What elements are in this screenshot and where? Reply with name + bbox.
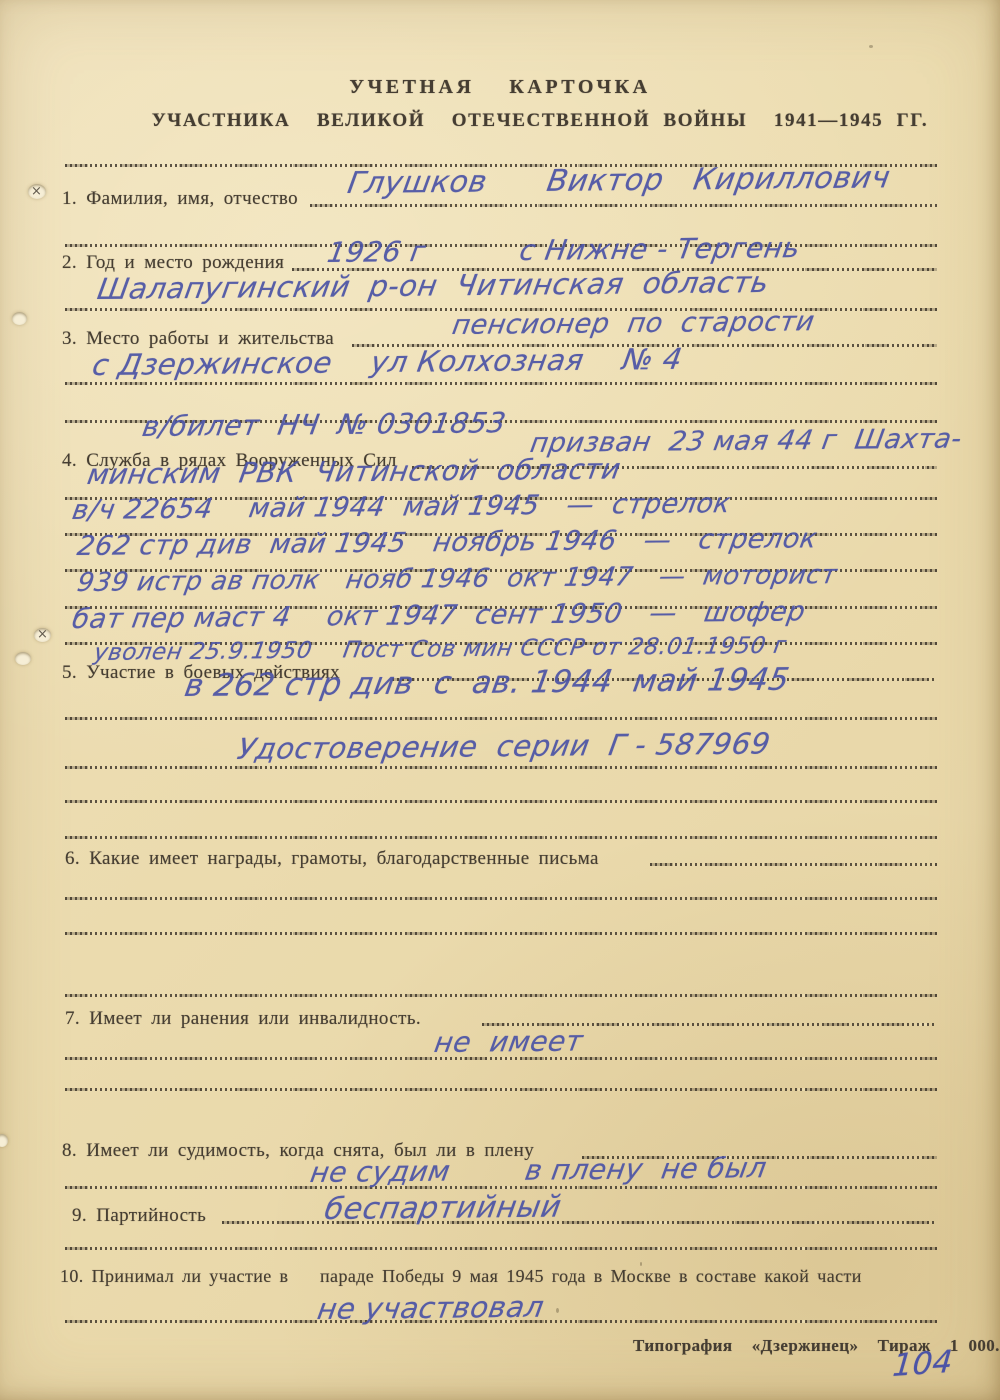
dotted-line — [65, 766, 937, 769]
card-subtitle: УЧАСТНИКА ВЕЛИКОЙ ОТЕЧЕСТВЕННОЙ ВОЙНЫ 19… — [80, 110, 1000, 132]
dotted-line — [65, 897, 937, 900]
dotted-line — [65, 717, 937, 720]
field-7-label: 7. Имеет ли ранения или инвалидность. — [65, 1008, 421, 1030]
pencil-x-mark: × — [37, 627, 48, 642]
field-4-value4-handwritten: 262 стр див май 1945 ноябрь 1946 — стрел… — [75, 523, 819, 562]
field-7-value-handwritten: не имеет — [432, 1024, 586, 1059]
punch-hole — [0, 1134, 8, 1147]
field-1-label: 1. Фамилия, имя, отчество — [62, 188, 298, 210]
card-title: УЧЕТНАЯ КАРТОЧКА — [0, 76, 1000, 99]
page-number-handwritten: 104 — [891, 1344, 954, 1384]
field-10-value-handwritten: не участвовал — [315, 1290, 547, 1326]
field-4-value2-handwritten: минским РВК Читинской области — [85, 452, 623, 491]
field-1-value-handwritten: Глушков Виктор Кириллович — [345, 160, 893, 201]
field-9-value-handwritten: беспартийный — [322, 1190, 564, 1227]
field-4-value6-handwritten: бат пер маст 4 окт 1947 сент 1950 — шофе… — [70, 596, 808, 635]
field-5-value2-handwritten: Удостоверение серии Г - 587969 — [235, 726, 773, 766]
field-4-value5-handwritten: 939 истр ав полк нояб 1946 окт 1947 — мо… — [75, 560, 839, 598]
paper-speck — [640, 1262, 642, 1266]
pencil-x-mark: × — [31, 184, 42, 199]
field-6-label: 6. Какие имеет награды, грамоты, благода… — [65, 848, 599, 870]
dotted-line — [65, 800, 937, 803]
registration-card-scan: УЧЕТНАЯ КАРТОЧКА УЧАСТНИКА ВЕЛИКОЙ ОТЕЧЕ… — [0, 0, 1000, 1400]
field-4-value3-handwritten: в/ч 22654 май 1944 май 1945 — стрелок — [70, 488, 733, 526]
field-8-value-handwritten: не судим в плену не был — [308, 1151, 769, 1189]
dotted-line — [65, 994, 937, 997]
dotted-line — [65, 1247, 937, 1250]
field-4-value7-handwritten: уволен 25.9.1950 Пост Сов мин СССР от 28… — [92, 633, 788, 666]
field-2-value2-handwritten: Шалапугинский р-он Читинская область — [95, 265, 772, 306]
dotted-line — [650, 863, 937, 866]
dotted-line — [65, 836, 937, 839]
dotted-line — [65, 382, 937, 385]
paper-speck — [556, 1308, 559, 1313]
field-3-value-handwritten: пенсионер по старости — [450, 306, 817, 341]
punch-hole — [15, 652, 31, 665]
paper-speck — [869, 45, 873, 48]
field-9-label: 9. Партийность — [72, 1205, 206, 1227]
field-2-value-handwritten: 1926 г с Нижне - Тергень — [325, 231, 803, 269]
field-5-value1-handwritten: в 262 стр див с ав. 1944 май 1945 — [182, 662, 792, 704]
dotted-line — [65, 932, 937, 935]
field-3-value2-handwritten: с Дзержинское ул Колхозная № 4 — [90, 342, 685, 382]
dotted-line — [310, 204, 937, 207]
field-10-label: 10. Принимал ли участие в параде Победы … — [60, 1266, 862, 1287]
punch-hole — [12, 312, 27, 325]
dotted-line — [65, 1088, 937, 1091]
field-4-note-handwritten: в/билет НЧ № 0301853 — [140, 406, 509, 443]
